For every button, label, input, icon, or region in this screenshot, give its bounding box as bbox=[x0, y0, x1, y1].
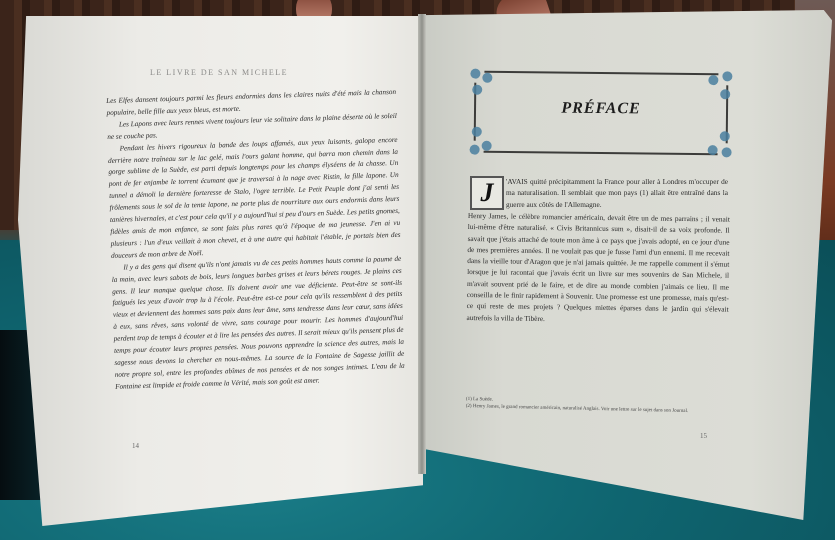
book-gutter bbox=[418, 14, 426, 474]
right-page-opening: 'AVAIS quitté précipitamment la France p… bbox=[506, 176, 728, 210]
left-page-body: Les Elfes dansent toujours parmi les fle… bbox=[106, 87, 405, 394]
drop-cap: J bbox=[470, 176, 504, 210]
paragraph: Il y a des gens qui disent qu'ils n'ont … bbox=[111, 253, 405, 393]
chapter-title: PRÉFACE bbox=[470, 99, 732, 120]
right-page-body: Henry James, le célèbre romancier améric… bbox=[466, 210, 730, 327]
running-head: LE LIVRE DE SAN MICHELE bbox=[150, 68, 288, 77]
page-number-left: 14 bbox=[132, 442, 139, 450]
preface-ornamental-frame: PRÉFACE bbox=[470, 69, 733, 158]
paragraph: Pendant les hivers rigoureux la bande de… bbox=[107, 134, 401, 262]
page-number-right: 15 bbox=[700, 432, 707, 440]
